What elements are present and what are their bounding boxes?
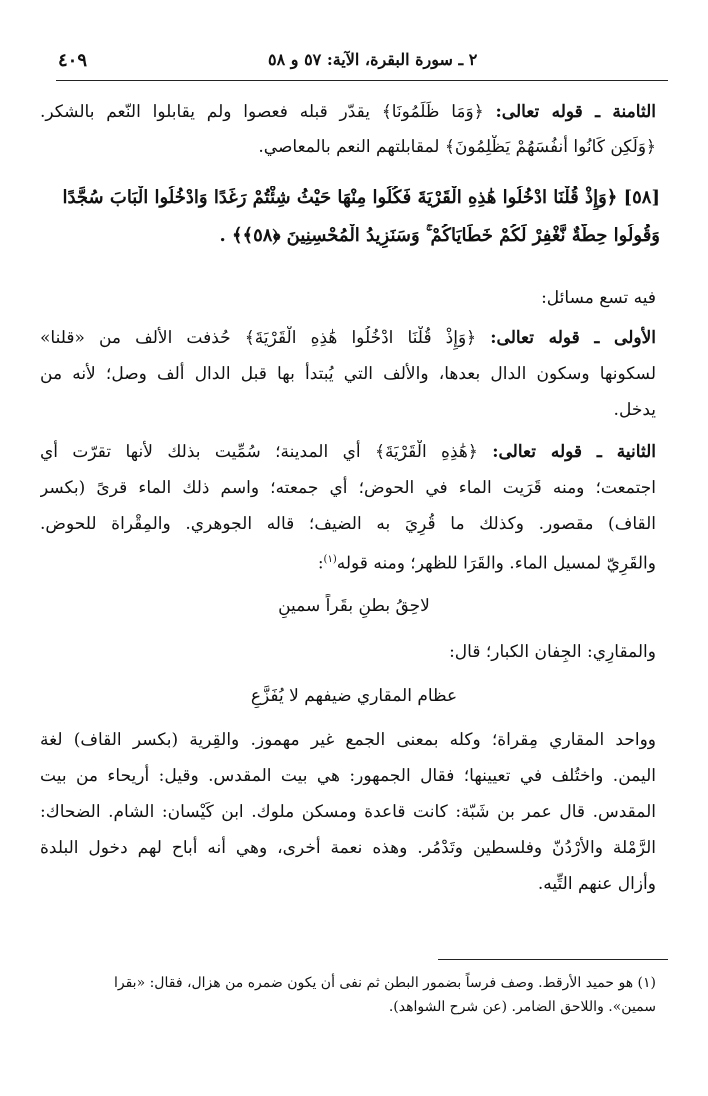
paragraph-eighth-line-2: ﴿وَلَكِن كَانُوا أَنفُسَهُمْ يَظْلِمُونَ… <box>40 135 656 159</box>
header-rule <box>56 80 668 81</box>
paragraph-second-line-2: اجتمعت؛ ومنه قَرَيت الماء في الحوض؛ أي ج… <box>40 476 656 500</box>
paragraph-second-line-10: وأزال عنهم التِّيه. <box>40 872 656 896</box>
verse-number: [٥٨] <box>624 187 660 208</box>
paragraph-second-line-1: الثانية ـ قوله تعالى: ﴿هَٰذِهِ الْقَرْيَ… <box>40 440 656 464</box>
paragraph-second-line-4: والقَرِيّ لمسيل الماء. والقَرَا للظهر؛ و… <box>40 548 656 576</box>
issue-label-second: الثانية ـ قوله تعالى: <box>492 442 656 462</box>
paragraph-first-line-3: يدخل. <box>40 398 656 422</box>
paragraph-second-line-9: الرَّمْلة والأُرْدُنّ وفلسطين وتَدْمُر. … <box>40 836 656 860</box>
footnote-line-2: سمين». واللاحق الضامر. (عن شرح الشواهد). <box>40 996 656 1018</box>
paragraph-first-line-2: لسكونها وسكون الدال بعدها، والألف التي ي… <box>40 362 656 386</box>
poem-verse-2: عظام المقاري ضيفهم لا يُفَزَّعِ <box>0 684 708 708</box>
running-head: ٢ ـ سورة البقرة، الآية: ٥٧ و ٥٨ <box>268 50 477 69</box>
page-header: ٤٠٩ ٢ ـ سورة البقرة، الآية: ٥٧ و ٥٨ <box>58 50 652 74</box>
page-number: ٤٠٩ <box>58 50 87 71</box>
paragraph-second-line-7: اليمن. واختُلف في تعيينها؛ فقال الجمهور:… <box>40 764 656 788</box>
footnote-ref-1[interactable]: (١) <box>324 554 337 565</box>
book-page: ٤٠٩ ٢ ـ سورة البقرة، الآية: ٥٧ و ٥٨ الثا… <box>0 0 708 1096</box>
footnote-line-1: (١) هو حميد الأرقط. وصف فرساً بضمور البط… <box>40 972 656 994</box>
paragraph-second-line-3: القاف) مقصور. وكذلك ما قُرِيَ به الضيف؛ … <box>40 512 656 536</box>
paragraph-second-line-6: وواحد المقاري مِقراة؛ وكله بمعنى الجمع غ… <box>40 728 656 752</box>
paragraph-first-line-1: الأولى ـ قوله تعالى: ﴿وَإِذْ قُلْنَا ادْ… <box>40 326 656 350</box>
issue-label-first: الأولى ـ قوله تعالى: <box>490 328 656 348</box>
paragraph-second-line-8: المقدس. قال عمر بن شَبّة: كانت قاعدة ومس… <box>40 800 656 824</box>
issues-intro: فيه تسع مسائل: <box>40 286 656 310</box>
footnote-rule <box>438 959 668 960</box>
issue-label-eighth: الثامنة ـ قوله تعالى: <box>496 102 656 122</box>
quran-verse-line-2: وَقُولُوا حِطَّةٌ نَّغْفِرْ لَكُمْ خَطَا… <box>40 224 660 248</box>
paragraph-eighth-line-1: الثامنة ـ قوله تعالى: ﴿وَمَا ظَلَمُونَا﴾… <box>40 100 656 124</box>
quran-verse-line-1: [٥٨] ﴿وَإِذْ قُلْنَا ادْخُلُوا هَٰذِهِ ا… <box>36 186 660 210</box>
paragraph-second-line-5: والمقارِي: الجِفان الكبار؛ قال: <box>40 640 656 664</box>
poem-verse-1: لاحِقُ بطنٍ بقَراً سمينِ <box>0 594 708 618</box>
